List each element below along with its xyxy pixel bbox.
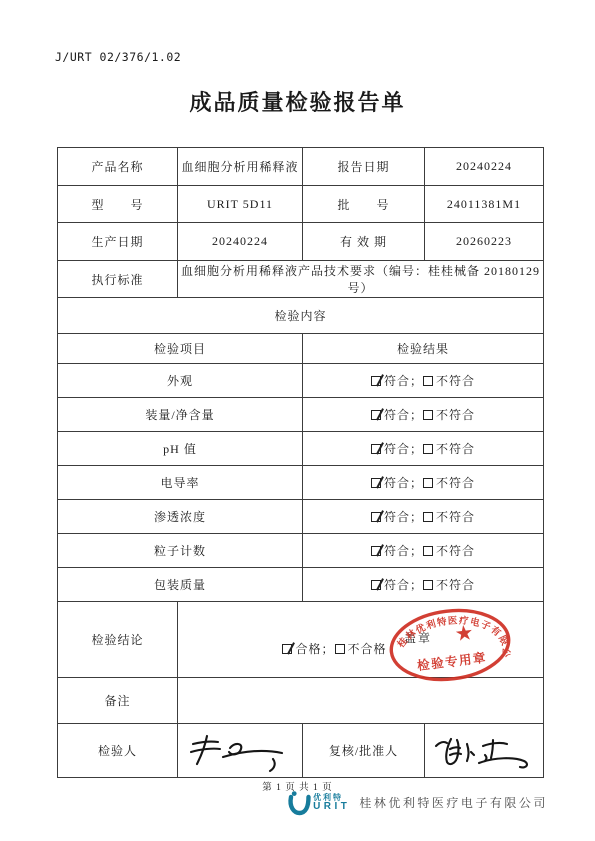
item-name: 电导率: [58, 466, 303, 500]
item-name: 装量/净含量: [58, 398, 303, 432]
pass-label: 符合: [384, 544, 410, 558]
stamp-star-icon: ★: [453, 620, 476, 646]
table-row: 包装质量 符合；不符合: [58, 568, 544, 602]
table-row: 电导率 符合；不符合: [58, 466, 544, 500]
brand-name-en: URIT: [313, 802, 350, 812]
checked-box-icon: [371, 444, 381, 454]
remarks-row: 备注: [58, 678, 544, 724]
footer-logo: 优利特 URIT 桂林优利特医疗电子有限公司: [120, 789, 595, 816]
item-name: 包装质量: [58, 568, 303, 602]
result-separator: ；: [410, 476, 423, 490]
unchecked-box-icon: [423, 444, 433, 454]
column-header-result: 检验结果: [303, 334, 544, 364]
unchecked-box-icon: [423, 580, 433, 590]
item-result: 符合；不符合: [303, 534, 544, 568]
expiry-date-value: 20260223: [425, 223, 544, 261]
inspection-section-title: 检验内容: [58, 298, 544, 334]
item-name: 渗透浓度: [58, 500, 303, 534]
expiry-date-label: 有 效 期: [303, 223, 425, 261]
fail-label: 不符合: [436, 442, 475, 456]
result-separator: ；: [410, 408, 423, 422]
model-value: URIT 5D11: [178, 186, 303, 223]
result-separator: ；: [410, 544, 423, 558]
product-name-value: 血细胞分析用稀释液: [178, 148, 303, 186]
inspector-label: 检验人: [58, 724, 178, 778]
checked-box-icon: [282, 644, 292, 654]
batch-value: 24011381M1: [425, 186, 544, 223]
stamp-bottom-text: 检验专用章: [416, 650, 487, 673]
unchecked-box-icon: [423, 478, 433, 488]
checked-box-icon: [371, 376, 381, 386]
result-separator: ；: [410, 374, 423, 388]
standard-label: 执行标准: [58, 261, 178, 298]
result-separator: ；: [410, 578, 423, 592]
pass-label: 符合: [384, 510, 410, 524]
table-row: pH 值 符合；不符合: [58, 432, 544, 466]
item-result: 符合；不符合: [303, 398, 544, 432]
production-date-label: 生产日期: [58, 223, 178, 261]
company-name: 桂林优利特医疗电子有限公司: [359, 794, 548, 811]
pass-label: 符合: [384, 442, 410, 456]
result-separator: ；: [321, 642, 334, 656]
remarks-label: 备注: [58, 678, 178, 724]
fail-label: 不符合: [436, 510, 475, 524]
inspector-signature: [178, 724, 303, 778]
pass-label: 合格: [295, 642, 321, 656]
table-row: 型 号 URIT 5D11 批 号 24011381M1: [58, 186, 544, 223]
unchecked-box-icon: [423, 376, 433, 386]
header-row: 检验项目 检验结果: [58, 334, 544, 364]
result-separator: ；: [410, 442, 423, 456]
unchecked-box-icon: [423, 410, 433, 420]
fail-label: 不符合: [436, 476, 475, 490]
approver-signature: [425, 724, 544, 778]
table-row: 粒子计数 符合；不符合: [58, 534, 544, 568]
section-row: 检验内容: [58, 298, 544, 334]
item-name: 粒子计数: [58, 534, 303, 568]
conclusion-label: 检验结论: [58, 602, 178, 678]
item-name: pH 值: [58, 432, 303, 466]
fail-label: 不符合: [436, 374, 475, 388]
table-row: 执行标准 血细胞分析用稀释液产品技术要求（编号：桂桂械备 20180129 号）: [58, 261, 544, 298]
brand-text: 优利特 URIT: [313, 794, 350, 812]
result-separator: ；: [410, 510, 423, 524]
report-date-label: 报告日期: [303, 148, 425, 186]
checked-box-icon: [371, 410, 381, 420]
item-result: 符合；不符合: [303, 364, 544, 398]
conclusion-row: 检验结论 合格；不合格 盖章 桂林优利特医疗电子有限公司 ★ 检验专用章: [58, 602, 544, 678]
checked-box-icon: [371, 546, 381, 556]
report-page: J/URT 02/376/1.02 成品质量检验报告单 产品名称 血细胞分析用稀…: [0, 0, 595, 841]
checked-box-icon: [371, 580, 381, 590]
remarks-value: [178, 678, 544, 724]
checked-box-icon: [371, 478, 381, 488]
production-date-value: 20240224: [178, 223, 303, 261]
item-name: 外观: [58, 364, 303, 398]
item-result: 符合；不符合: [303, 500, 544, 534]
pass-label: 符合: [384, 374, 410, 388]
fail-label: 不符合: [436, 544, 475, 558]
page-title: 成品质量检验报告单: [0, 86, 595, 117]
fail-label: 不合格: [348, 642, 387, 656]
inspector-signature-icon: [185, 730, 295, 776]
unchecked-box-icon: [335, 644, 345, 654]
doc-number: J/URT 02/376/1.02: [55, 50, 181, 64]
fail-label: 不符合: [436, 408, 475, 422]
batch-label: 批 号: [303, 186, 425, 223]
model-label: 型 号: [58, 186, 178, 223]
fail-label: 不符合: [436, 578, 475, 592]
unchecked-box-icon: [423, 546, 433, 556]
pass-label: 符合: [384, 578, 410, 592]
approver-signature-icon: [430, 730, 538, 776]
column-header-item: 检验项目: [58, 334, 303, 364]
item-result: 符合；不符合: [303, 432, 544, 466]
product-name-label: 产品名称: [58, 148, 178, 186]
conclusion-cell: 合格；不合格 盖章 桂林优利特医疗电子有限公司 ★ 检验专用章: [178, 602, 544, 678]
pass-label: 符合: [384, 408, 410, 422]
report-date-value: 20240224: [425, 148, 544, 186]
signoff-row: 检验人 复核/批准人: [58, 724, 544, 778]
checked-box-icon: [371, 512, 381, 522]
item-result: 符合；不符合: [303, 466, 544, 500]
table-row: 产品名称 血细胞分析用稀释液 报告日期 20240224: [58, 148, 544, 186]
table-row: 生产日期 20240224 有 效 期 20260223: [58, 223, 544, 261]
unchecked-box-icon: [423, 512, 433, 522]
urit-logo-icon: [287, 789, 311, 816]
inspection-stamp: 桂林优利特医疗电子有限公司 ★ 检验专用章: [381, 597, 518, 694]
approver-label: 复核/批准人: [303, 724, 425, 778]
table-row: 外观 符合；不符合: [58, 364, 544, 398]
table-row: 渗透浓度 符合；不符合: [58, 500, 544, 534]
pass-label: 符合: [384, 476, 410, 490]
table-row: 装量/净含量 符合；不符合: [58, 398, 544, 432]
standard-value: 血细胞分析用稀释液产品技术要求（编号：桂桂械备 20180129 号）: [178, 261, 544, 298]
report-table: 产品名称 血细胞分析用稀释液 报告日期 20240224 型 号 URIT 5D…: [57, 147, 544, 778]
